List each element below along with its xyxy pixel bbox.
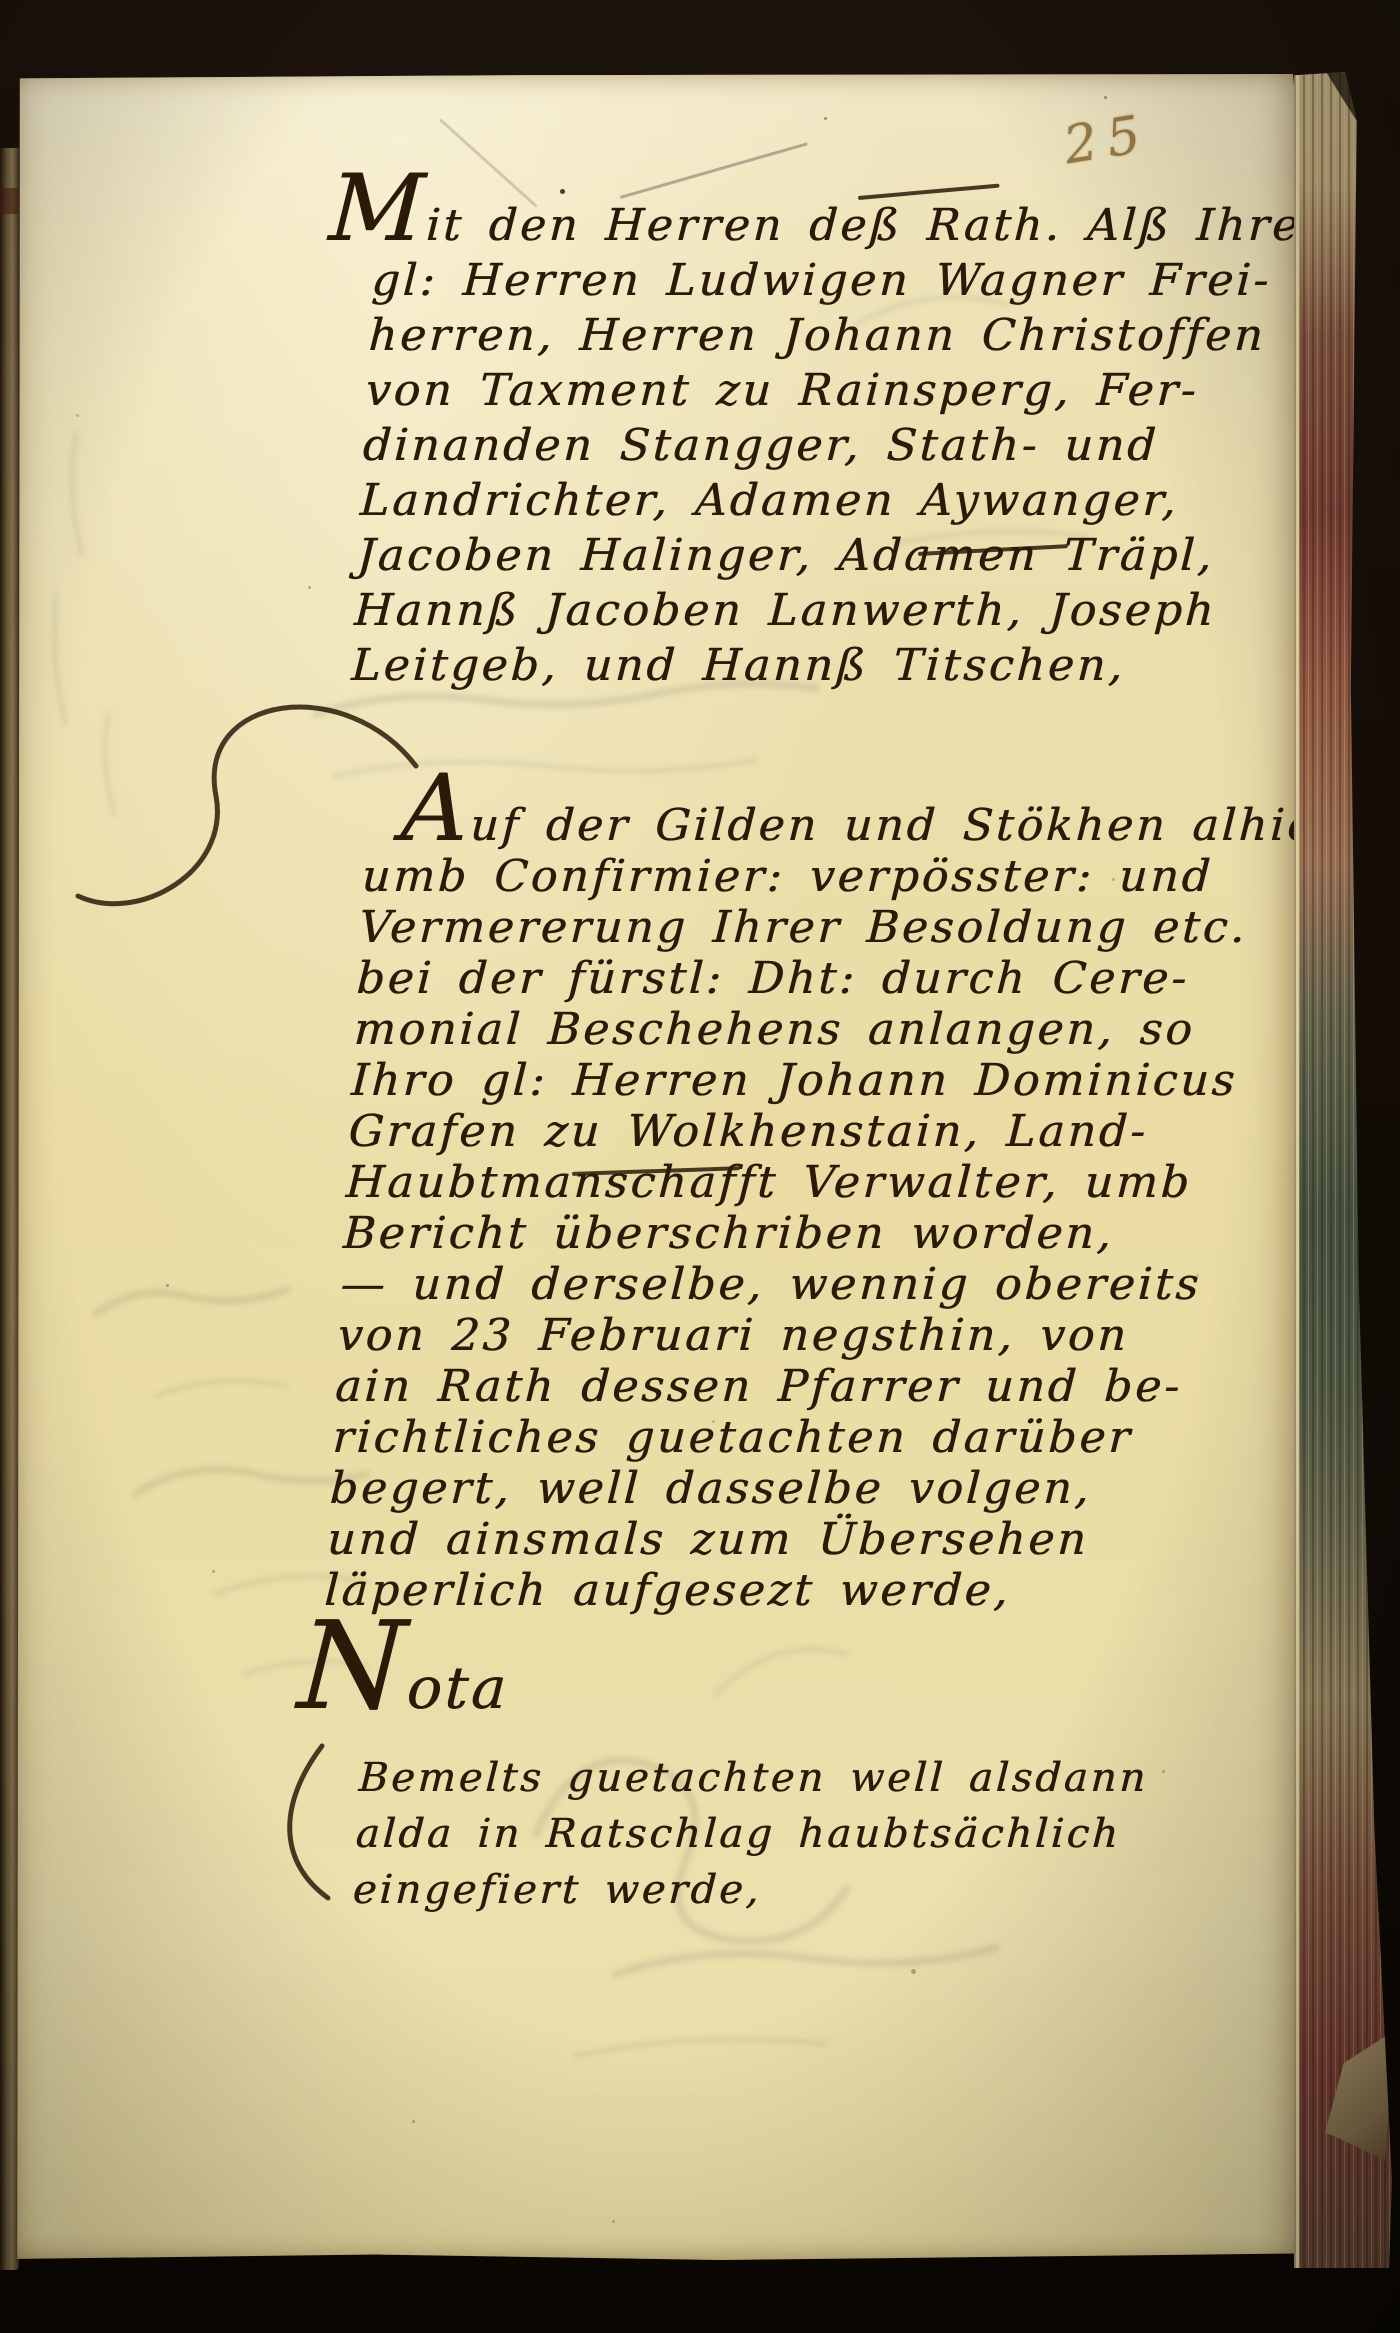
manuscript-line: von Taxment zu Rainsperg, Fer- <box>318 363 1294 418</box>
manuscript-line: Bemelts guetachten well alsdann <box>291 1750 1149 1806</box>
manuscript-line: dinanden Stangger, Stath- und <box>316 418 1292 473</box>
manuscript-line: Auf der Gilden und Stökhen alhie, <box>303 800 1334 851</box>
manuscript-line: Jacoben Halinger, Adamen Träpl, <box>310 528 1286 583</box>
book-fore-edge <box>1294 72 1392 2268</box>
manuscript-line: Landrichter, Adamen Aywanger, <box>313 473 1289 528</box>
manuscript-line: herren, Herren Johann Christoffen <box>321 308 1297 363</box>
dog-ear-corner <box>1324 2026 1395 2160</box>
gutter-page-edge <box>0 148 19 2270</box>
manuscript-line: begert, well dasselbe volgen, <box>269 1463 1300 1514</box>
paper-speckles <box>16 74 19 77</box>
manuscript-line: alda in Ratschlag haubtsächlich <box>288 1806 1146 1862</box>
manuscript-line: umb Confirmier: verpösster: und <box>301 851 1332 902</box>
pencil-scratch <box>439 118 538 207</box>
manuscript-line: Mit den Herren deß Rath. Alß Ihre <box>327 198 1303 253</box>
manuscript-line: monial Beschehens anlangen, so <box>293 1004 1324 1055</box>
paragraph-1: Mit den Herren deß Rath. Alß Ihre gl: He… <box>304 198 1303 693</box>
manuscript-page: 25 Mit den Herren deß Rath. Alß Ihre gl:… <box>16 74 1298 2260</box>
manuscript-line: Ihro gl: Herren Johann Dominicus <box>290 1055 1321 1106</box>
manuscript-line: richtliches guetachten darüber <box>271 1412 1302 1463</box>
manuscript-line: Vermererung Ihrer Besoldung etc. <box>298 902 1329 953</box>
paragraph-2: Auf der Gilden und Stökhen alhie, umb Co… <box>263 800 1334 1616</box>
manuscript-line: bei der fürstl: Dht: durch Cere- <box>295 953 1326 1004</box>
manuscript-line: Bericht überschriben worden, <box>282 1208 1313 1259</box>
manuscript-line: — und derselbe, wennig obereits <box>279 1259 1310 1310</box>
pencil-scratch <box>620 142 808 199</box>
manuscript-line: gl: Herren Ludwigen Wagner Frei- <box>324 253 1300 308</box>
page-number: 25 <box>1060 104 1154 177</box>
manuscript-line: ain Rath dessen Pfarrer und be- <box>274 1361 1305 1412</box>
manuscript-line: Grafen zu Wolkhenstain, Land- <box>287 1106 1318 1157</box>
manuscript-line: und ainsmals zum Übersehen <box>266 1514 1297 1565</box>
manuscript-line: Hannß Jacoben Lanwerth, Joseph <box>307 583 1283 638</box>
manuscript-line: Leitgeb, und Hannß Titschen, <box>304 638 1280 693</box>
manuscript-line: Haubtmanschafft Verwalter, umb <box>285 1157 1316 1208</box>
photo-background: 25 Mit den Herren deß Rath. Alß Ihre gl:… <box>0 0 1400 2333</box>
manuscript-line: läperlich aufgesezt werde, <box>263 1565 1294 1616</box>
manuscript-line: eingefiert werde, <box>285 1862 1143 1918</box>
nota-section: Nota Bemelts guetachten well alsdann ald… <box>285 1640 1155 1918</box>
manuscript-line: von 23 Februari negsthin, von <box>277 1310 1308 1361</box>
nota-heading: Nota <box>294 1640 1155 1750</box>
